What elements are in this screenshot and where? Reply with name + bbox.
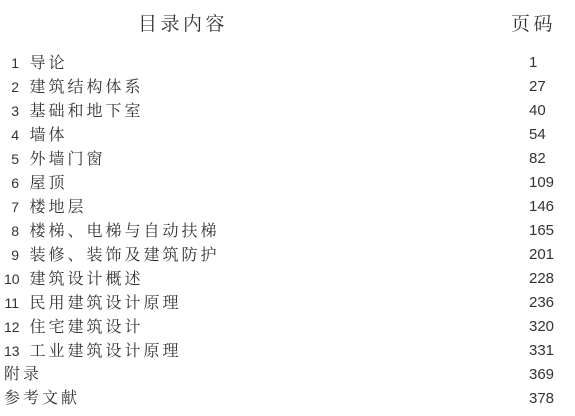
toc-entry: 9 装修、装饰及建筑防护 201 xyxy=(0,243,575,267)
toc-header-row: 目录内容 页码 xyxy=(0,13,575,37)
entry-title: 导论 xyxy=(29,55,67,72)
entry-title: 建筑结构体系 xyxy=(29,79,143,96)
entry-page-number: 1 xyxy=(529,51,537,75)
entry-page-number: 320 xyxy=(529,315,554,339)
toc-entry: 3 基础和地下室 40 xyxy=(0,99,575,123)
entry-title: 楼梯、电梯与自动扶梯 xyxy=(29,223,219,240)
entry-number: 1 xyxy=(4,51,19,75)
entry-number: 13 xyxy=(4,339,19,363)
entry-page-number: 54 xyxy=(529,123,546,147)
toc-entry: 8 楼梯、电梯与自动扶梯 165 xyxy=(0,219,575,243)
entry-number: 9 xyxy=(4,243,19,267)
entry-page-number: 165 xyxy=(529,219,554,243)
toc-entry: 参考文献 378 xyxy=(0,387,575,411)
entry-number: 3 xyxy=(4,99,19,123)
entry-number: 10 xyxy=(4,267,19,291)
entry-title: 建筑设计概述 xyxy=(29,271,143,288)
entry-page-number: 228 xyxy=(529,267,554,291)
toc-entry: 2 建筑结构体系 27 xyxy=(0,75,575,99)
toc-entry: 附录 369 xyxy=(0,363,575,387)
entry-page-number: 236 xyxy=(529,291,554,315)
toc-entry: 6 屋顶 109 xyxy=(0,171,575,195)
entry-title: 民用建筑设计原理 xyxy=(29,295,181,312)
toc-entry: 13 工业建筑设计原理 331 xyxy=(0,339,575,363)
entry-page-number: 146 xyxy=(529,195,554,219)
entry-page-number: 40 xyxy=(529,99,546,123)
entry-page-number: 82 xyxy=(529,147,546,171)
entry-page-number: 27 xyxy=(529,75,546,99)
toc-entry: 1 导论 1 xyxy=(0,51,575,75)
toc-entries: 1 导论 1 2 建筑结构体系 27 3 基础和地下室 40 4 墙体 54 5… xyxy=(0,51,575,411)
toc-entry: 5 外墙门窗 82 xyxy=(0,147,575,171)
toc-entry: 11 民用建筑设计原理 236 xyxy=(0,291,575,315)
entry-number: 4 xyxy=(4,123,19,147)
toc-content-header: 目录内容 xyxy=(138,13,228,37)
entry-title: 楼地层 xyxy=(29,199,86,216)
entry-number: 12 xyxy=(4,315,19,339)
entry-number: 6 xyxy=(4,171,19,195)
toc-entry: 12 住宅建筑设计 320 xyxy=(0,315,575,339)
entry-title: 工业建筑设计原理 xyxy=(29,343,181,360)
entry-number: 2 xyxy=(4,75,19,99)
entry-page-number: 331 xyxy=(529,339,554,363)
entry-title: 屋顶 xyxy=(29,175,67,192)
toc-page: 目录内容 页码 1 导论 1 2 建筑结构体系 27 3 基础和地下室 40 4… xyxy=(0,0,575,416)
entry-number: 11 xyxy=(4,291,19,315)
entry-title: 附录 xyxy=(4,366,42,383)
entry-title: 参考文献 xyxy=(4,390,80,407)
entry-page-number: 369 xyxy=(529,363,554,387)
entry-title: 基础和地下室 xyxy=(29,103,143,120)
entry-number: 5 xyxy=(4,147,19,171)
entry-number: 8 xyxy=(4,219,19,243)
toc-entry: 4 墙体 54 xyxy=(0,123,575,147)
entry-number: 7 xyxy=(4,195,19,219)
entry-title: 装修、装饰及建筑防护 xyxy=(29,247,219,264)
toc-entry: 10 建筑设计概述 228 xyxy=(0,267,575,291)
entry-title: 墙体 xyxy=(29,127,67,144)
entry-title: 住宅建筑设计 xyxy=(29,319,143,336)
toc-page-number-header: 页码 xyxy=(511,13,556,37)
entry-page-number: 109 xyxy=(529,171,554,195)
entry-page-number: 201 xyxy=(529,243,554,267)
entry-title: 外墙门窗 xyxy=(29,151,105,168)
toc-entry: 7 楼地层 146 xyxy=(0,195,575,219)
entry-page-number: 378 xyxy=(529,387,554,411)
